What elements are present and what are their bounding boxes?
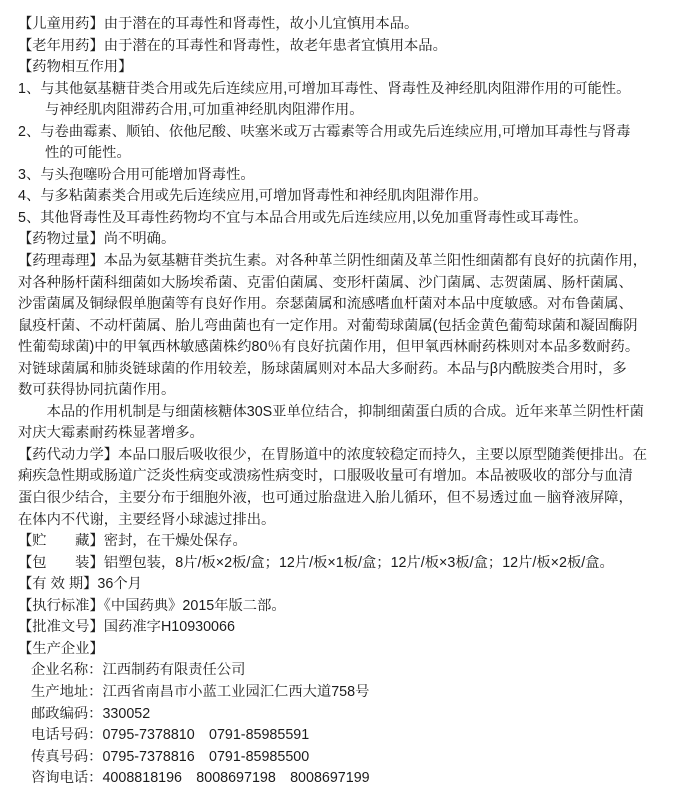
text-line: 对各种肠杆菌科细菌如大肠埃希菌、克雷伯菌属、变形杆菌属、沙门菌属、志贺菌属、肠杆… xyxy=(18,273,664,295)
text-line: 本品的作用机制是与细菌核糖体30S亚单位结合，抑制细菌蛋白质的合成。近年来革兰阴… xyxy=(18,402,664,424)
text-line: 对链球菌属和肺炎链球菌的作用较差，肠球菌属则对本品大多耐药。本品与β内酰胺类合用… xyxy=(18,359,664,381)
text-line: 【药物过量】尚不明确。 xyxy=(18,229,664,251)
text-line: 【老年用药】由于潜在的耳毒性和肾毒性，故老年患者宜慎用本品。 xyxy=(18,36,664,58)
text-line: 1、与其他氨基糖苷类合用或先后连续应用,可增加耳毒性、肾毒性及神经肌肉阻滞作用的… xyxy=(18,79,664,101)
text-line: 【儿童用药】由于潜在的耳毒性和肾毒性，故小儿宜慎用本品。 xyxy=(18,14,664,36)
package-insert-document: 【儿童用药】由于潜在的耳毒性和肾毒性，故小儿宜慎用本品。【老年用药】由于潜在的耳… xyxy=(0,0,680,806)
text-line: 【生产企业】 xyxy=(18,639,664,661)
text-line: 【贮 藏】密封，在干燥处保存。 xyxy=(18,531,664,553)
text-line: 对庆大霉素耐药株显著增多。 xyxy=(18,423,664,445)
text-line: 2、与卷曲霉素、顺铂、依他尼酸、呋塞米或万古霉素等合用或先后连续应用,可增加耳毒… xyxy=(18,122,664,144)
text-line: 性的可能性。 xyxy=(18,143,664,165)
text-line: 【药代动力学】本品口服后吸收很少，在胃肠道中的浓度较稳定而持久，主要以原型随粪便… xyxy=(18,445,664,467)
text-line: 沙雷菌属及铜绿假单胞菌等有良好作用。奈瑟菌属和流感嗜血杆菌对本品中度敏感。对布鲁… xyxy=(18,294,664,316)
text-line: 企业名称：江西制药有限责任公司 xyxy=(18,660,664,682)
text-line: 鼠疫杆菌、不动杆菌属、胎儿弯曲菌也有一定作用。对葡萄球菌属(包括金黄色葡萄球菌和… xyxy=(18,316,664,338)
text-line: 蛋白很少结合，主要分布于细胞外液，也可通过胎盘进入胎儿循环，但不易透过血－脑脊液… xyxy=(18,488,664,510)
document-lines: 【儿童用药】由于潜在的耳毒性和肾毒性，故小儿宜慎用本品。【老年用药】由于潜在的耳… xyxy=(18,14,664,790)
text-line: 数可获得协同抗菌作用。 xyxy=(18,380,664,402)
text-line: 邮政编码：330052 xyxy=(18,704,664,726)
text-line: 【药理毒理】本品为氨基糖苷类抗生素。对各种革兰阴性细菌及革兰阳性细菌都有良好的抗… xyxy=(18,251,664,273)
text-line: 【包 装】铝塑包装，8片/板×2板/盒；12片/板×1板/盒；12片/板×3板/… xyxy=(18,553,664,575)
text-line: 性葡萄球菌)中的甲氧西林敏感菌株约80％有良好抗菌作用，但甲氧西林耐药株则对本品… xyxy=(18,337,664,359)
text-line: 5、其他肾毒性及耳毒性药物均不宜与本品合用或先后连续应用,以免加重肾毒性或耳毒性… xyxy=(18,208,664,230)
text-line: 在体内不代谢，主要经肾小球滤过排出。 xyxy=(18,510,664,532)
text-line: 咨询电话：4008818196 8008697198 8008697199 xyxy=(18,768,664,790)
text-line: 痢疾急性期或肠道广泛炎性病变或溃疡性病变时，口服吸收量可有增加。本品被吸收的部分… xyxy=(18,466,664,488)
text-line: 4、与多粘菌素类合用或先后连续应用,可增加肾毒性和神经肌肉阻滞作用。 xyxy=(18,186,664,208)
text-line: 生产地址：江西省南昌市小蓝工业园汇仁西大道758号 xyxy=(18,682,664,704)
text-line: 【有 效 期】36个月 xyxy=(18,574,664,596)
text-line: 【药物相互作用】 xyxy=(18,57,664,79)
text-line: 与神经肌肉阻滞药合用,可加重神经肌肉阻滞作用。 xyxy=(18,100,664,122)
text-line: 3、与头孢噻吩合用可能增加肾毒性。 xyxy=(18,165,664,187)
text-line: 电话号码：0795-7378810 0791-85985591 xyxy=(18,725,664,747)
text-line: 【批准文号】国药准字H10930066 xyxy=(18,617,664,639)
text-line: 【执行标准】《中国药典》2015年版二部。 xyxy=(18,596,664,618)
text-line: 传真号码：0795-7378816 0791-85985500 xyxy=(18,747,664,769)
